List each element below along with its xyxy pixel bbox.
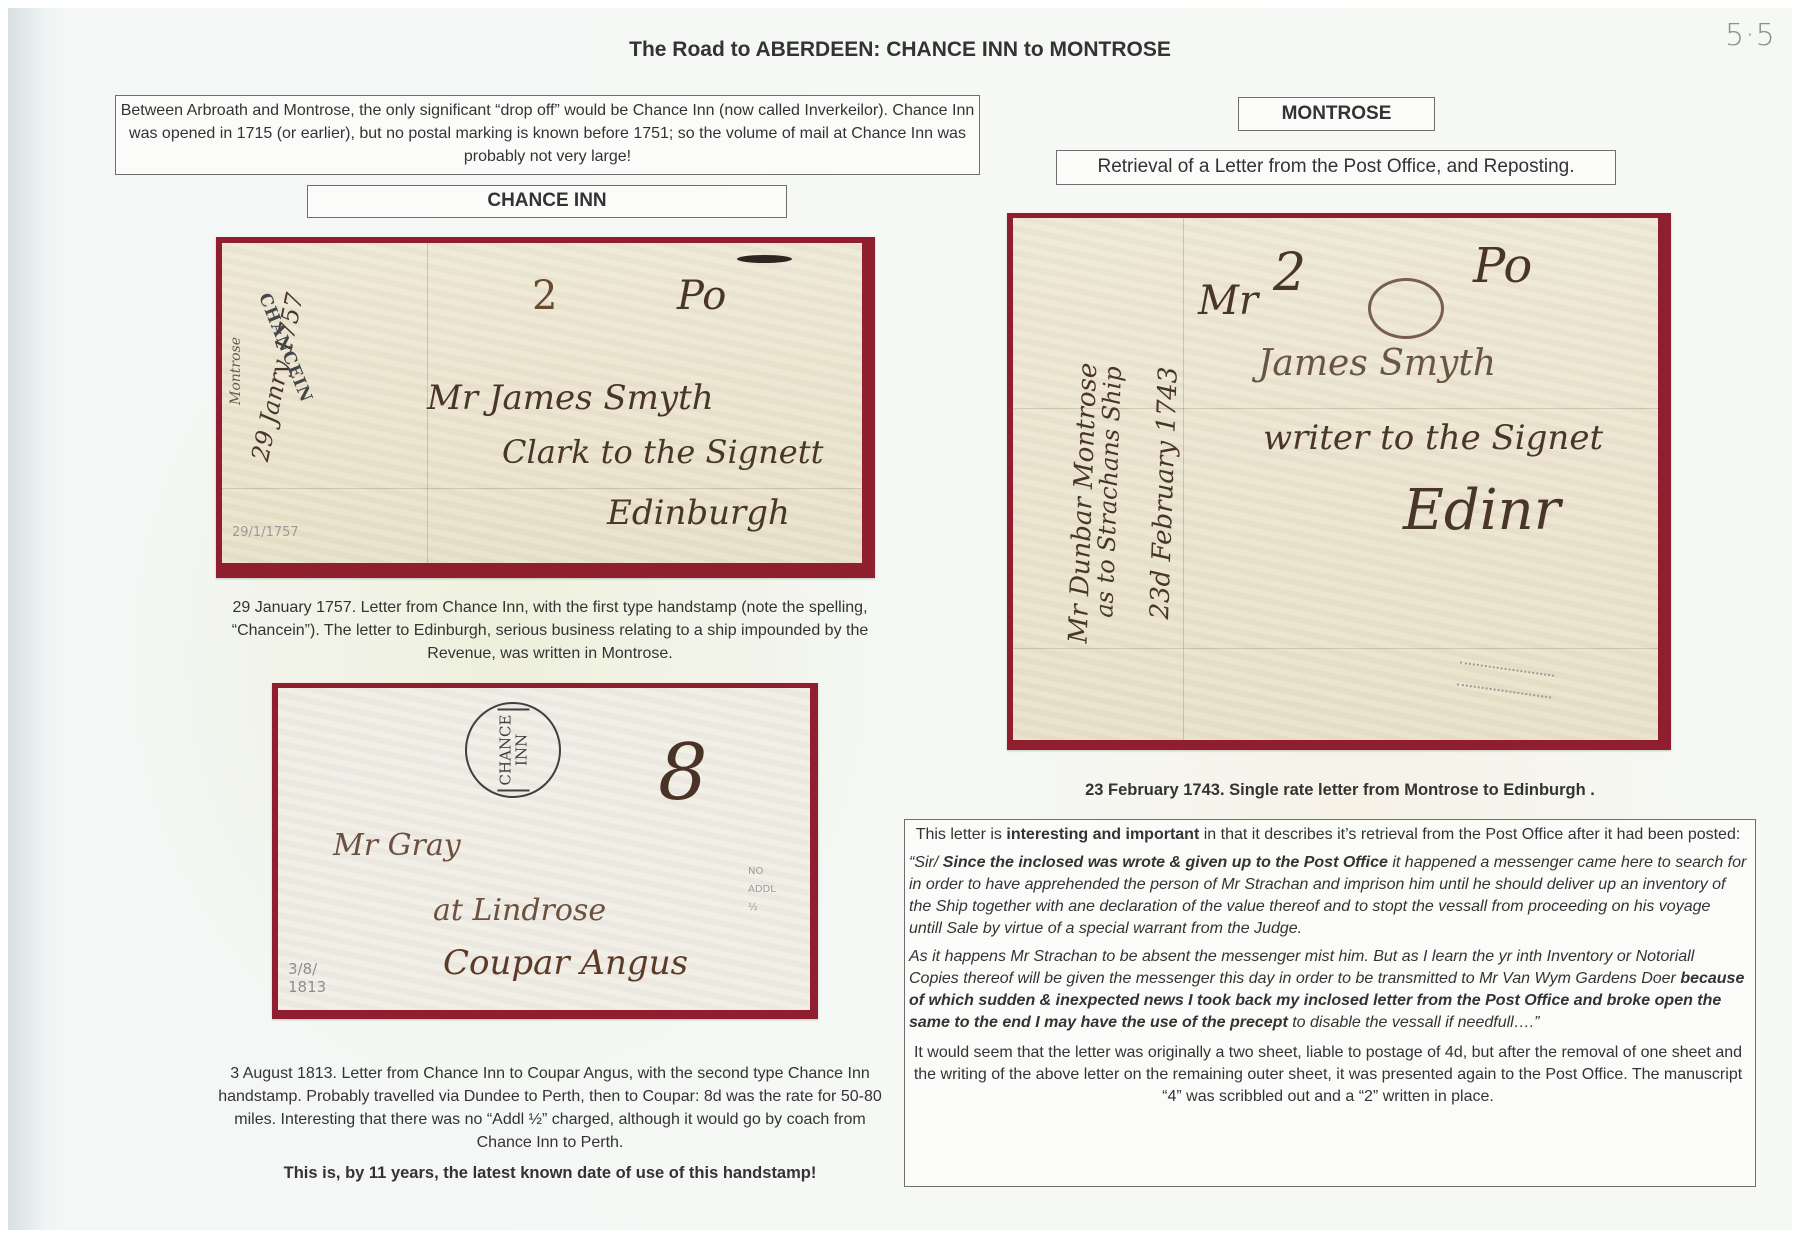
address-line: Mr James Smyth (427, 378, 714, 418)
montrose-heading: MONTROSE (1238, 97, 1435, 131)
address-line: Clark to the Signett (502, 433, 823, 471)
text-run-bold: Since the inclosed was wrote & given up … (943, 854, 1388, 871)
pencil-note-right: NO ADDL ½ (748, 863, 788, 917)
chance-inn-heading: CHANCE INN (307, 185, 787, 218)
letter-quote-1: “Sir/ Since the inclosed was wrote & giv… (909, 852, 1747, 940)
letter-1813-image: CHANCE INN 8 Mr Gray at Lindrose Coupar … (278, 688, 810, 1010)
pencil-date-note: 3/8/ 1813 (288, 960, 328, 996)
letter-1813-caption: 3 August 1813. Letter from Chance Inn to… (215, 1062, 885, 1154)
description-conclusion: It would seem that the letter was origin… (909, 1042, 1747, 1108)
address-line: Edinburgh (607, 493, 790, 533)
text-run: This letter is (916, 826, 1007, 843)
rate-mark: 2 (532, 273, 557, 319)
address-line: writer to the Signet (1263, 418, 1603, 458)
text-run: in that it describes it’s retrieval from… (1199, 826, 1740, 843)
fold-line (222, 488, 862, 489)
page-number: 5·5 (1725, 18, 1776, 53)
handstamp-line-1: CHANCE (497, 715, 513, 786)
description-intro: This letter is interesting and important… (909, 824, 1747, 846)
page-edge-shadow (8, 8, 44, 1230)
address-line: Po (1473, 238, 1532, 294)
address-line: Coupar Angus (443, 943, 688, 983)
retrieval-description-box: This letter is interesting and important… (904, 819, 1756, 1187)
handstamp-line-2: INN (513, 715, 529, 786)
rate-mark: 2 (1273, 243, 1306, 303)
address-line: Mr (1198, 278, 1258, 324)
ink-smudge (737, 255, 792, 263)
intro-text-box: Between Arbroath and Montrose, the only … (115, 95, 980, 175)
text-run-bold: interesting and important (1006, 826, 1199, 843)
montrose-subtitle: Retrieval of a Letter from the Post Offi… (1056, 150, 1616, 185)
address-line: Mr Gray (333, 828, 461, 863)
scribbled-out-4 (1368, 278, 1444, 339)
rate-mark: 8 (658, 728, 708, 818)
letter-1743-image: Mr Dunbar Montrose as to Strachans Ship … (1013, 218, 1658, 740)
fold-line (1183, 218, 1184, 740)
address-line: Po (677, 273, 726, 319)
address-line: James Smyth (1258, 343, 1496, 384)
letter-quote-2: As it happens Mr Strachan to be absent t… (909, 946, 1747, 1034)
address-line: Edinr (1403, 478, 1560, 543)
letter-1757-caption: 29 January 1757. Letter from Chance Inn,… (215, 596, 885, 665)
text-run: As it happens Mr Strachan to be absent t… (909, 948, 1694, 987)
letter-1743-caption: 23 February 1743. Single rate letter fro… (1000, 779, 1680, 802)
pencil-date-note: 29/1/1757 (232, 525, 299, 540)
text-run: to disable the vessall if needfull….” (1288, 1014, 1540, 1031)
fold-line (1013, 648, 1658, 649)
faint-handstamp (1457, 662, 1554, 699)
latest-use-note: This is, by 11 years, the latest known d… (215, 1162, 885, 1185)
letter-1757-image: 29 Janry 1757 Montrose CHANCEIN 2 Po Mr … (222, 243, 862, 563)
address-line: at Lindrose (433, 893, 606, 928)
docket-line: 23d February 1743 (1145, 366, 1184, 620)
text-run: “Sir/ (909, 854, 943, 871)
docket-place: Montrose (228, 337, 244, 405)
page-title: The Road to ABERDEEN: CHANCE INN to MONT… (0, 38, 1800, 62)
chance-inn-circular-handstamp: CHANCE INN (465, 702, 561, 798)
